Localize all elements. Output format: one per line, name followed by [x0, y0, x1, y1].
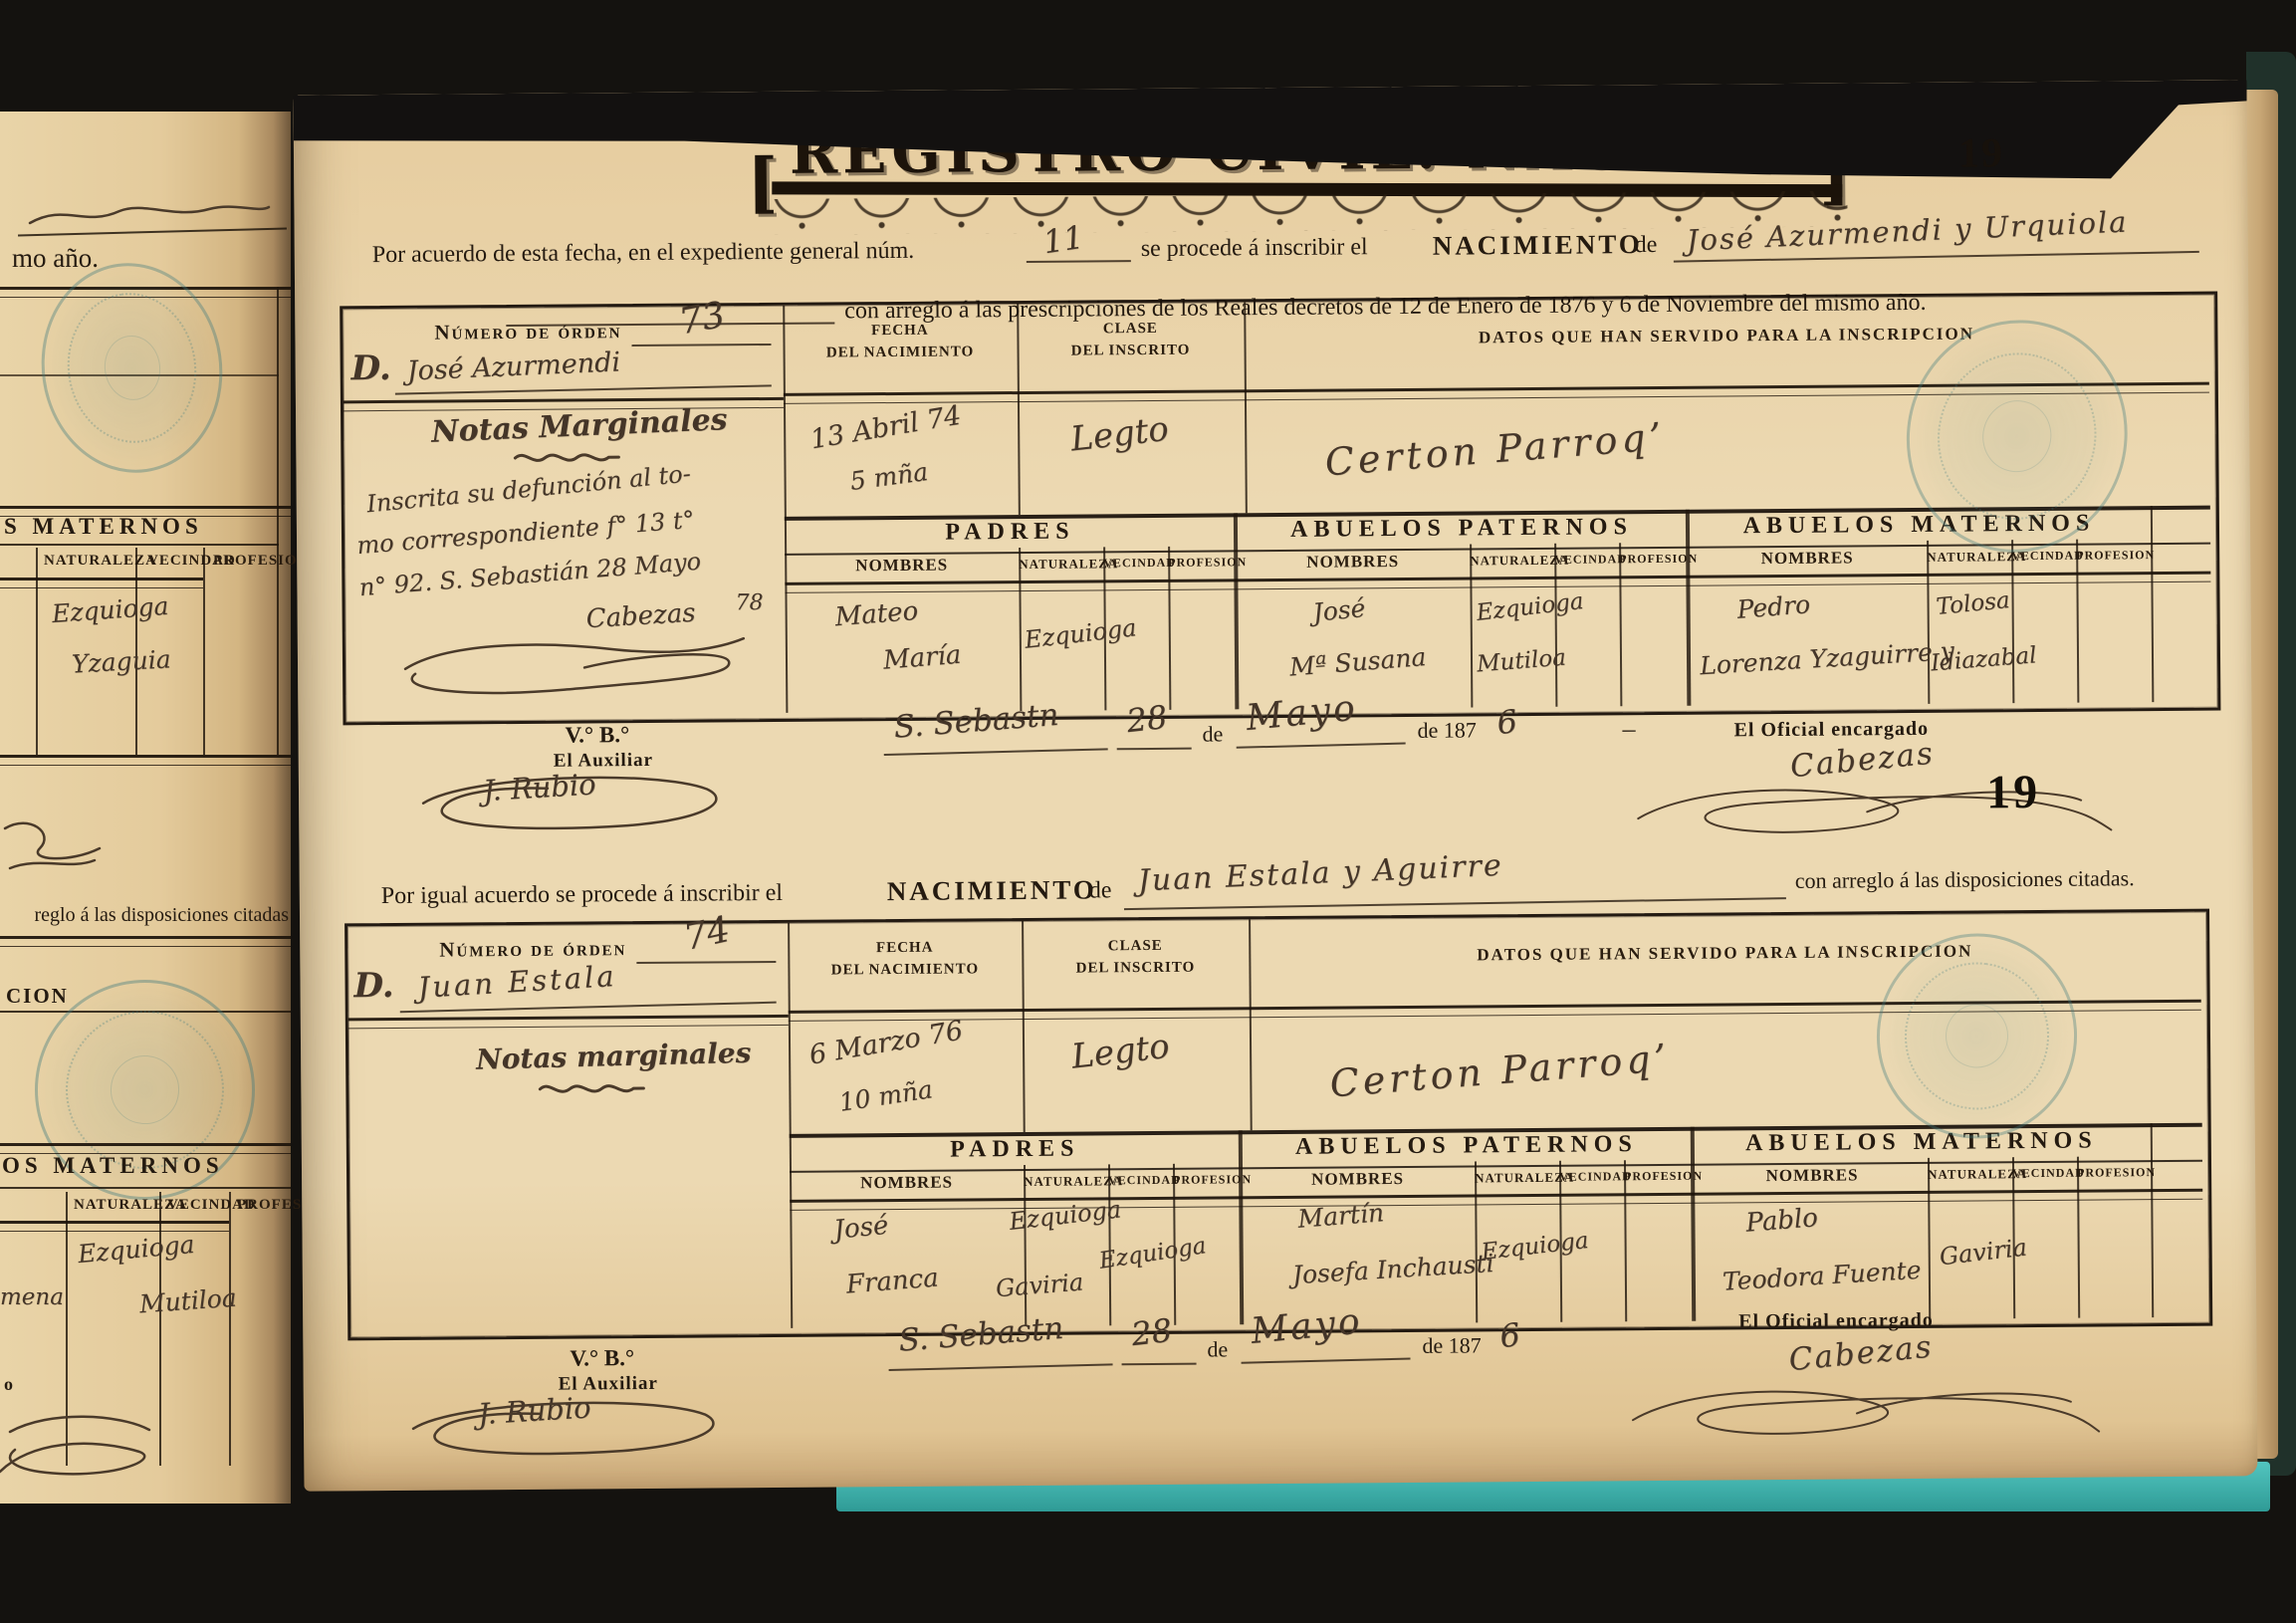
d-label: D.	[351, 348, 391, 388]
divider-line	[0, 578, 203, 588]
nombres-header: NOMBRES	[1693, 1165, 1932, 1187]
naturaleza-header: NATURALEZA	[1470, 553, 1554, 570]
fill-in-line	[1237, 742, 1406, 748]
divider-line	[783, 306, 788, 713]
divider-line	[203, 548, 205, 755]
handwritten-abuelo-materno: Pablo	[1744, 1203, 1819, 1239]
handwritten-abpat-naturaleza-2: Mutiloa	[1476, 645, 1567, 678]
handwritten-year-digit: 6	[1494, 702, 1518, 742]
handwritten-nota-line: 78	[735, 590, 763, 615]
oficial-signature: Cabezas	[1787, 1329, 1935, 1379]
auxiliar-signature-rubric	[398, 1384, 738, 1472]
fill-in-line	[889, 1363, 1113, 1370]
left-page-text-mo-ano: mo año.	[12, 243, 99, 274]
fill-in-line	[1117, 748, 1192, 750]
fecha-label: FECHA	[788, 939, 1022, 958]
divider-line	[277, 287, 279, 755]
handwritten-d-name: Juan Estala	[417, 959, 618, 1005]
handwritten-clase: Legto	[1068, 409, 1170, 460]
fill-in-line	[1242, 1357, 1411, 1363]
profesion-header: PROFESION	[2077, 1165, 2151, 1181]
handwritten-madre-nombre: Franca	[845, 1263, 940, 1299]
divider-line	[348, 1015, 789, 1029]
handwritten-abpat-naturaleza: Ezquioga	[1475, 588, 1584, 626]
handwritten-d-name: José Azurmendi	[406, 347, 621, 386]
left-page-disposiciones-text: reglo á las disposiciones citadas	[0, 904, 289, 927]
fill-in-line	[632, 344, 772, 347]
el-oficial-encargado-label: El Oficial encargado	[1738, 1309, 1934, 1334]
record2-intro-pre: Por igual acuerdo se procede á inscribir…	[381, 880, 783, 910]
de-187-label: de 187	[1422, 1332, 1481, 1358]
handwritten-padres-naturaleza: Ezquioga	[1024, 613, 1138, 653]
vb-label: V.° B.°	[570, 1345, 634, 1372]
signature-flourish	[0, 1402, 169, 1492]
nombres-header: NOMBRES	[1241, 1168, 1475, 1190]
handwritten-datos: Certon Parroq’	[1328, 1036, 1672, 1105]
handwritten-datos: Certon Parroq’	[1323, 414, 1667, 484]
fill-in-line	[395, 384, 772, 394]
nombres-header: NOMBRES	[1236, 551, 1470, 573]
divider-line	[1108, 1164, 1111, 1325]
divider-line	[2076, 540, 2079, 703]
vecindad-header: VECINDAD	[1108, 1173, 1173, 1189]
numero-de-orden-label: Número de órden	[434, 319, 621, 345]
fill-in-line	[636, 961, 776, 964]
nombres-header: NOMBRES	[785, 555, 1019, 577]
handwritten-abuela-materna: Teodora Fuente	[1722, 1256, 1922, 1296]
registry-page: [ REGISTRO CIVIL. NACIMIENTOS. ] 19 Por …	[294, 80, 2258, 1491]
naturaleza-header: NATURALEZA	[1024, 1173, 1108, 1190]
handwritten-fecha-1: 6 Marzo 76	[807, 1015, 966, 1070]
vecindad-header: VECINDAD	[1559, 1169, 1624, 1185]
signature-rubric	[385, 626, 765, 709]
intro-de: de	[1089, 877, 1112, 904]
notas-squiggle-ornament	[513, 448, 622, 467]
vecindad-header: VECINDAD	[2012, 1166, 2077, 1182]
divider-line	[0, 936, 291, 947]
handwritten-clase: Legto	[1069, 1027, 1171, 1077]
clase-label: CLASE	[1022, 937, 1249, 956]
naturaleza-header: NATURALEZA	[1928, 1166, 2012, 1183]
naturaleza-header: NATURALEZA	[44, 553, 157, 570]
divider-line	[788, 923, 793, 1328]
oficial-signature-rubric	[1623, 1372, 2102, 1451]
handwriting-fragment: mena	[0, 1284, 64, 1310]
registry-book-photo: mo año. S MATERNOS NATURALEZA VECINDAD P…	[0, 0, 2296, 1623]
record1-table: Número de órden 73 D. José Azurmendi FEC…	[340, 292, 2220, 726]
nacimiento-word: NACIMIENTO	[887, 874, 1097, 907]
handwritten-abuelo-materno: Pedro	[1736, 589, 1812, 624]
del-nacimiento-label: DEL NACIMIENTO	[788, 961, 1022, 980]
page-number-stamp: 19	[1986, 765, 2040, 819]
left-page-maternos-header-2: OS MATERNOS	[2, 1153, 224, 1179]
padres-header: PADRES	[790, 1134, 1241, 1165]
record2-table: Número de órden 74 D. Juan Estala FECHA …	[344, 909, 2212, 1341]
oficial-signature-rubric	[1628, 770, 2117, 848]
notas-marginales-label: Notas marginales	[476, 1037, 752, 1076]
nombres-header: NOMBRES	[1688, 548, 1927, 570]
handwritten-padre-nombre: José	[832, 1211, 889, 1246]
handwritten-date-day: 28	[1124, 698, 1169, 740]
fill-in-line	[400, 1002, 777, 1013]
divider-line	[1624, 1160, 1627, 1321]
handwritten-padre-nombre: Mateo	[834, 596, 920, 632]
handwritten-padres-naturaleza-2: Gaviria	[995, 1268, 1084, 1302]
divider-line	[2011, 540, 2014, 703]
handwritten-padres-vecindad: Ezquioga	[1097, 1233, 1208, 1275]
clase-label: CLASE	[1017, 320, 1244, 339]
handwritten-fecha-2: 5 mña	[848, 457, 930, 496]
record2-intro-post: con arreglo á las disposiciones citadas.	[1795, 865, 2135, 894]
handwritten-orden-number: 74	[680, 909, 734, 959]
numero-de-orden-label: Número de órden	[439, 936, 626, 962]
handwritten-abuelo-paterno: José	[1311, 593, 1366, 627]
handwritten-madre-nombre: María	[882, 640, 962, 676]
handwritten-abmat-naturaleza: Tolosa	[1936, 587, 2011, 620]
handwritten-abuela-materna: Lorenza Yzaguirre y	[1699, 636, 1954, 680]
profesion-header: PROFESION	[1173, 1172, 1239, 1188]
del-nacimiento-label: DEL NACIMIENTO	[784, 344, 1018, 362]
intro-de: de	[1635, 232, 1658, 259]
banner-garland-ornament	[762, 190, 1847, 235]
d-label: D.	[353, 966, 393, 1006]
vecindad-header: VECINDAD	[1103, 556, 1168, 572]
profesion-header: PROFESION	[213, 553, 310, 570]
nombres-header: NOMBRES	[790, 1172, 1024, 1194]
handwritten-date-day: 28	[1129, 1311, 1174, 1353]
divider-line	[0, 544, 279, 546]
de-label: de	[1207, 1336, 1228, 1362]
profesion-header: PROFESION	[1624, 1169, 1691, 1185]
handwritten-abuela-paterna: Josefa Inchausti	[1291, 1249, 1494, 1289]
nacimiento-word: NACIMIENTO	[1433, 229, 1643, 262]
handwritten-fecha-1: 13 Abril 74	[808, 400, 964, 456]
banner-folio-number: 19	[1958, 129, 2004, 177]
handwritten-naturaleza: Ezquioga	[77, 1230, 196, 1269]
del-inscrito-label: DEL INSCRITO	[1022, 959, 1249, 978]
handwritten-orden-number: 73	[676, 295, 728, 344]
intro-line1-pre: Por acuerdo de esta fecha, en el expedie…	[372, 238, 915, 269]
notas-squiggle-ornament	[538, 1079, 647, 1098]
handwritten-naturaleza: Ezquioga	[51, 591, 169, 628]
abuelos-maternos-header: ABUELOS MATERNOS	[1693, 1127, 2151, 1158]
dash-separator: –	[1622, 714, 1635, 744]
profesion-header: PROFESION	[1619, 552, 1686, 568]
fill-in-line	[1124, 897, 1786, 910]
divider-line	[229, 1192, 231, 1466]
vecindad-header: VECINDAD	[1554, 552, 1619, 568]
profesion-header: PROFESION	[2076, 548, 2151, 564]
padres-header: PADRES	[785, 517, 1236, 548]
handwritten-name-2: Juan Estala y Aguirre	[1137, 848, 1503, 899]
handwritten-abuelo-paterno: Martín	[1296, 1198, 1385, 1234]
fill-in-line	[884, 748, 1108, 755]
auxiliar-signature-rubric	[408, 761, 738, 843]
naturaleza-header: NATURALEZA	[1019, 556, 1103, 573]
left-page-cion-text: CION	[6, 984, 69, 1009]
vb-label: V.° B.°	[565, 722, 629, 749]
handwritten-vecindad: Mutiloa	[138, 1283, 237, 1319]
divider-line	[2077, 1157, 2080, 1318]
intro-line1-mid: se procede á inscribir el	[1141, 234, 1368, 263]
divider-line	[0, 755, 291, 766]
handwritten-fecha-2: 10 mña	[837, 1074, 935, 1117]
datos-inscripcion-label: DATOS QUE HAN SERVIDO PARA LA INSCRIPCIO…	[1249, 940, 2200, 968]
left-page-maternos-header: S MATERNOS	[4, 514, 203, 540]
divider-line	[1168, 547, 1171, 710]
left-page-fragment: mo año. S MATERNOS NATURALEZA VECINDAD P…	[0, 112, 291, 1504]
profesion-header: PROFESION	[1168, 555, 1234, 571]
de-label: de	[1202, 721, 1223, 747]
left-page-text-fragment: o	[4, 1374, 13, 1395]
divider-line	[0, 1187, 291, 1189]
divider-line	[0, 1221, 229, 1232]
fill-in-line	[1027, 260, 1131, 262]
handwritten-vecindad: Yzaguia	[71, 644, 171, 678]
naturaleza-header: NATURALEZA	[1475, 1170, 1559, 1187]
handwritten-abpat-naturaleza: Ezquioga	[1481, 1228, 1590, 1266]
handwriting-fragment	[0, 809, 110, 878]
divider-line	[1554, 544, 1557, 707]
abuelos-paternos-header: ABUELOS PATERNOS	[1241, 1131, 1693, 1162]
handwritten-abuela-paterna: Mª Susana	[1288, 642, 1427, 682]
de-187-label: de 187	[1417, 717, 1476, 743]
fill-in-line	[1122, 1363, 1197, 1365]
handwritten-year-digit: 6	[1497, 1315, 1521, 1355]
abuelos-paternos-header: ABUELOS PATERNOS	[1236, 514, 1688, 545]
del-inscrito-label: DEL INSCRITO	[1018, 342, 1245, 360]
fecha-label: FECHA	[783, 322, 1017, 341]
divider-line	[1619, 543, 1622, 706]
